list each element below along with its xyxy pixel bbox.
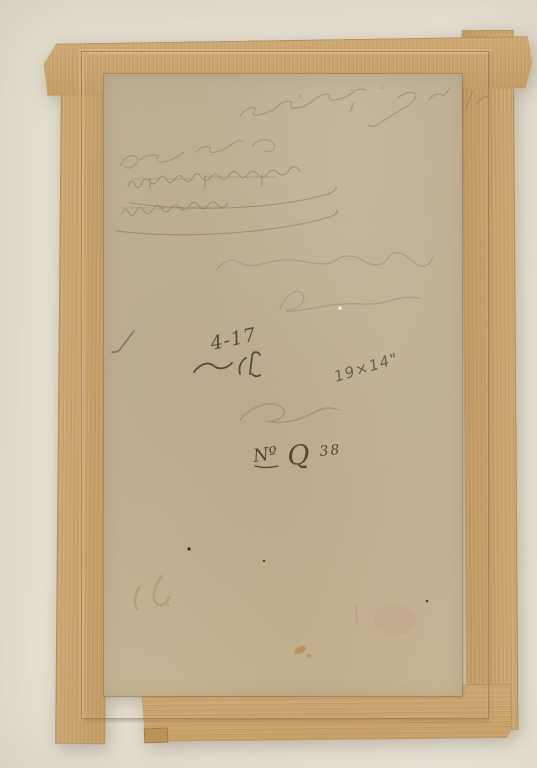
accession-letter: Q	[286, 440, 310, 472]
dark-fleck	[187, 547, 190, 550]
dimensions-note: 19×14"	[332, 349, 401, 386]
dark-fleck	[263, 560, 265, 562]
accession-underline	[255, 466, 278, 468]
photo-backdrop: 4-17 19×14" Nº Q 38	[0, 0, 537, 768]
inscriptions-overlay: 4-17 19×14" Nº Q 38	[0, 0, 537, 768]
accession-prefix: Nº	[251, 443, 279, 467]
brown-smudge	[135, 576, 170, 609]
dark-fleck	[426, 600, 429, 603]
persian-inscription	[240, 87, 488, 126]
orange-stain	[293, 645, 307, 656]
orange-stain	[307, 654, 312, 657]
accession-value: 38	[319, 442, 342, 460]
dark-scribble	[194, 352, 260, 376]
white-fleck	[338, 306, 341, 309]
fraction-note: 4-17	[207, 324, 258, 355]
accession-number: Nº Q 38	[251, 440, 342, 472]
pencil-flourish	[240, 404, 339, 423]
pencil-cursive-inscription	[216, 252, 433, 311]
devanagari-inscription-line-2	[116, 202, 337, 235]
devanagari-inscription-line-1	[128, 167, 336, 209]
pencil-check-mark	[112, 331, 134, 352]
pink-streak	[356, 605, 357, 623]
pink-wash	[373, 605, 417, 635]
cursive-flourish-line	[120, 140, 275, 168]
